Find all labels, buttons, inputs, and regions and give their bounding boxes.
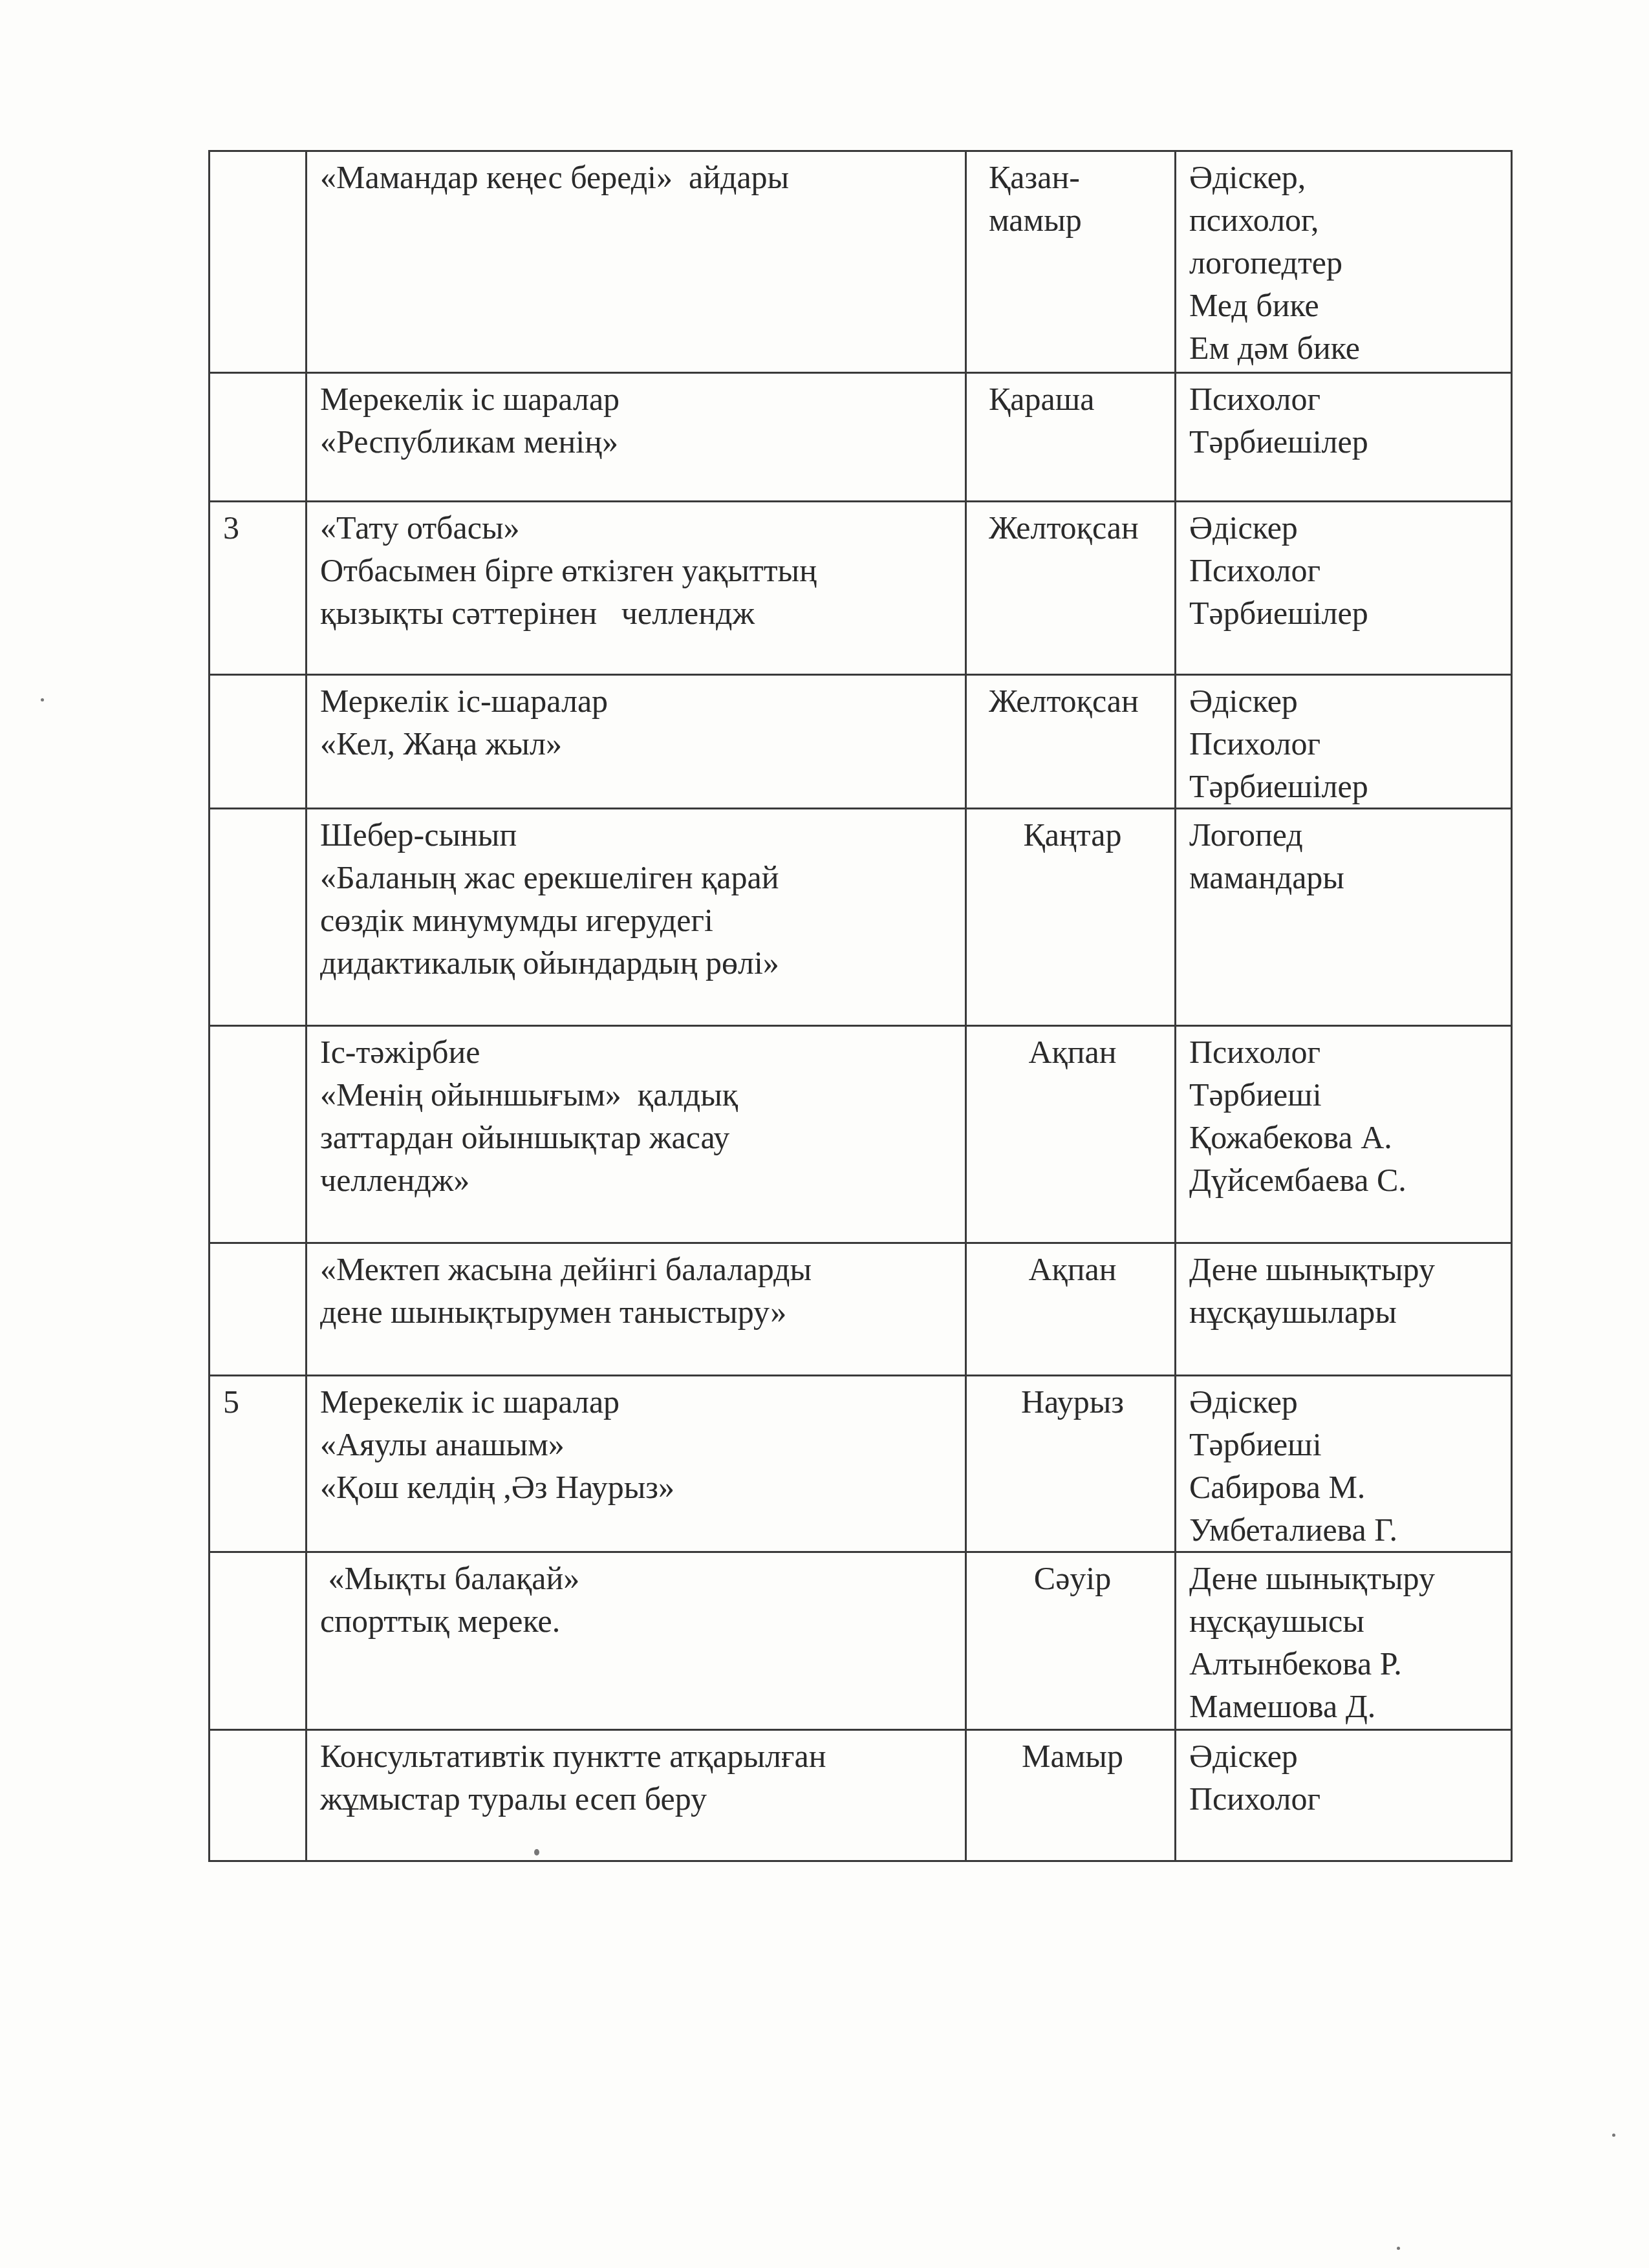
event-cell-line: «Мамандар кеңес береді» айдары (320, 156, 956, 198)
table-row: Консультативтік пунктте атқарылғанжұмыст… (210, 1730, 1512, 1861)
responsible-cell-line: мамандары (1189, 856, 1502, 899)
event-cell: Меркелік іс-шаралар«Кел, Жаңа жыл» (307, 675, 966, 809)
date-cell: Қазан-мамыр (966, 151, 1176, 373)
event-cell-line: «Менің ойыншығым» қалдық (320, 1073, 956, 1116)
event-cell-line: заттардан ойыншықтар жасау (320, 1116, 956, 1159)
date-cell-line: Желтоқсан (989, 679, 1165, 722)
event-plan-table: «Мамандар кеңес береді» айдарыҚазан-мамы… (208, 150, 1513, 1862)
date-cell: Желтоқсан (966, 502, 1176, 675)
event-cell: Шебер-сынып«Баланың жас ерекшеліген қара… (307, 809, 966, 1026)
responsible-cell: ӘдіскерПсихологТәрбиешілер (1176, 675, 1512, 809)
date-cell: Ақпан (966, 1026, 1176, 1243)
date-cell: Қараша (966, 373, 1176, 502)
event-cell-line: Мерекелік іс шаралар (320, 378, 956, 420)
responsible-cell-line: Тәрбиешілер (1189, 420, 1502, 463)
responsible-cell-line: Мамешова Д. (1189, 1685, 1502, 1728)
row-number-cell (210, 1552, 307, 1730)
responsible-cell-line: Сабирова М. (1189, 1466, 1502, 1508)
responsible-cell-line: Алтынбекова Р. (1189, 1642, 1502, 1685)
responsible-cell-line: психолог, (1189, 198, 1502, 241)
table-row: «Мамандар кеңес береді» айдарыҚазан-мамы… (210, 151, 1512, 373)
responsible-cell: Логопедмамандары (1176, 809, 1512, 1026)
event-cell-line: сөздік минумумды игерудегі (320, 899, 956, 941)
responsible-cell-line: Дене шынықтыру (1189, 1248, 1502, 1290)
table-row: Іс-тәжірбие«Менің ойыншығым» қалдықзатта… (210, 1026, 1512, 1243)
row-number-cell (210, 1243, 307, 1376)
event-cell: «Мектеп жасына дейінгі балалардыдене шын… (307, 1243, 966, 1376)
responsible-cell-line: Әдіскер (1189, 1735, 1502, 1777)
event-cell-line: «Тату отбасы» (320, 506, 956, 549)
date-cell-line: Сәуір (980, 1557, 1165, 1599)
event-cell-line: Мерекелік іс шаралар (320, 1380, 956, 1423)
event-cell-line: Шебер-сынып (320, 813, 956, 856)
date-cell-line: Наурыз (980, 1380, 1165, 1423)
date-cell-line: Қаңтар (980, 813, 1165, 856)
event-cell-line: қызықты сәттерінен челлендж (320, 592, 956, 634)
event-cell-line: «Мектеп жасына дейінгі балаларды (320, 1248, 956, 1290)
event-cell-line: жұмыстар туралы есеп беру (320, 1777, 956, 1820)
date-cell-line: Қазан- (989, 156, 1165, 198)
responsible-cell-line: Тәрбиеші (1189, 1073, 1502, 1116)
responsible-cell-line: Логопед (1189, 813, 1502, 856)
responsible-cell-line: Тәрбиешілер (1189, 765, 1502, 808)
responsible-cell-line: логопедтер (1189, 241, 1502, 284)
table-row: 5Мерекелік іс шаралар«Аяулы анашым»«Қош … (210, 1376, 1512, 1552)
responsible-cell-line: нұсқаушысы (1189, 1599, 1502, 1642)
event-cell-line: дидактикалық ойындардың рөлі» (320, 941, 956, 984)
responsible-cell-line: Әдіскер (1189, 506, 1502, 549)
event-cell: Мерекелік іс шаралар«Аяулы анашым»«Қош к… (307, 1376, 966, 1552)
event-cell-line: Консультативтік пунктте атқарылған (320, 1735, 956, 1777)
date-cell-line: Мамыр (980, 1735, 1165, 1777)
event-cell: Мерекелік іс шаралар«Республикам менің» (307, 373, 966, 502)
responsible-cell-line: Тәрбиеші (1189, 1423, 1502, 1466)
scan-speck (1397, 2247, 1400, 2250)
date-cell-line: Желтоқсан (989, 506, 1165, 549)
row-number-cell (210, 373, 307, 502)
row-number-cell (210, 675, 307, 809)
responsible-cell: ПсихологТәрбиешілер (1176, 373, 1512, 502)
event-cell-line: «Баланың жас ерекшеліген қарай (320, 856, 956, 899)
responsible-cell: Дене шынықтырунұсқаушылары (1176, 1243, 1512, 1376)
responsible-cell: ӘдіскерПсихолог (1176, 1730, 1512, 1861)
event-cell-line: спорттық мереке. (320, 1599, 956, 1642)
table-row: Меркелік іс-шаралар«Кел, Жаңа жыл»Желтоқ… (210, 675, 1512, 809)
responsible-cell-line: Тәрбиешілер (1189, 592, 1502, 634)
responsible-cell-line: Дене шынықтыру (1189, 1557, 1502, 1599)
event-cell-line: Отбасымен бірге өткізген уақыттың (320, 549, 956, 592)
responsible-cell-line: Психолог (1189, 378, 1502, 420)
responsible-cell-line: Психолог (1189, 722, 1502, 765)
table-row: «Мықты балақай»спорттық мереке.СәуірДене… (210, 1552, 1512, 1730)
scanned-document-page: «Мамандар кеңес береді» айдарыҚазан-мамы… (0, 0, 1649, 2268)
event-plan-body: «Мамандар кеңес береді» айдарыҚазан-мамы… (210, 151, 1512, 1861)
responsible-cell-line: Ем дәм бике (1189, 326, 1502, 369)
event-cell: «Тату отбасы»Отбасымен бірге өткізген уа… (307, 502, 966, 675)
event-cell-line: Меркелік іс-шаралар (320, 679, 956, 722)
event-cell: Іс-тәжірбие«Менің ойыншығым» қалдықзатта… (307, 1026, 966, 1243)
date-cell: Ақпан (966, 1243, 1176, 1376)
event-cell: «Мықты балақай»спорттық мереке. (307, 1552, 966, 1730)
date-cell-line: Ақпан (980, 1031, 1165, 1073)
date-cell: Сәуір (966, 1552, 1176, 1730)
date-cell: Желтоқсан (966, 675, 1176, 809)
responsible-cell: Дене шынықтырунұсқаушысыАлтынбекова Р.Ма… (1176, 1552, 1512, 1730)
responsible-cell-line: Умбеталиева Г. (1189, 1508, 1502, 1551)
responsible-cell-line: Психолог (1189, 1031, 1502, 1073)
event-cell: Консультативтік пунктте атқарылғанжұмыст… (307, 1730, 966, 1861)
responsible-cell-line: Психолог (1189, 549, 1502, 592)
responsible-cell-line: Психолог (1189, 1777, 1502, 1820)
event-cell-line: «Аяулы анашым» (320, 1423, 956, 1466)
date-cell-line: Ақпан (980, 1248, 1165, 1290)
row-number-cell: 3 (210, 502, 307, 675)
row-number-cell (210, 151, 307, 373)
date-cell-line: мамыр (989, 198, 1165, 241)
event-cell-line: дене шынықтырумен таныстыру» (320, 1290, 956, 1333)
row-number-cell-line: 3 (223, 506, 296, 549)
table-row: 3«Тату отбасы»Отбасымен бірге өткізген у… (210, 502, 1512, 675)
row-number-cell (210, 809, 307, 1026)
date-cell: Қаңтар (966, 809, 1176, 1026)
table-row: Мерекелік іс шаралар«Республикам менің»Қ… (210, 373, 1512, 502)
date-cell: Наурыз (966, 1376, 1176, 1552)
event-cell-line: Іс-тәжірбие (320, 1031, 956, 1073)
scan-speck (41, 698, 44, 701)
row-number-cell (210, 1730, 307, 1861)
row-number-cell-line: 5 (223, 1380, 296, 1423)
date-cell: Мамыр (966, 1730, 1176, 1861)
event-cell-line: челлендж» (320, 1159, 956, 1201)
responsible-cell: ӘдіскерТәрбиешіСабирова М.Умбеталиева Г. (1176, 1376, 1512, 1552)
responsible-cell: Әдіскер,психолог,логопедтерМед бикеЕм дә… (1176, 151, 1512, 373)
responsible-cell-line: Қожабекова А. (1189, 1116, 1502, 1159)
event-cell-line: «Кел, Жаңа жыл» (320, 722, 956, 765)
scan-speck (1612, 2134, 1615, 2137)
responsible-cell: ӘдіскерПсихологТәрбиешілер (1176, 502, 1512, 675)
responsible-cell-line: нұсқаушылары (1189, 1290, 1502, 1333)
responsible-cell: ПсихологТәрбиешіҚожабекова А.Дүйсембаева… (1176, 1026, 1512, 1243)
scan-speck (534, 1849, 539, 1856)
table-row: «Мектеп жасына дейінгі балалардыдене шын… (210, 1243, 1512, 1376)
event-cell-line: «Республикам менің» (320, 420, 956, 463)
row-number-cell: 5 (210, 1376, 307, 1552)
responsible-cell-line: Әдіскер (1189, 1380, 1502, 1423)
event-cell-line: «Қош келдің ,Әз Наурыз» (320, 1466, 956, 1508)
responsible-cell-line: Әдіскер (1189, 679, 1502, 722)
responsible-cell-line: Дүйсембаева С. (1189, 1159, 1502, 1201)
event-cell: «Мамандар кеңес береді» айдары (307, 151, 966, 373)
row-number-cell (210, 1026, 307, 1243)
responsible-cell-line: Мед бике (1189, 284, 1502, 326)
table-row: Шебер-сынып«Баланың жас ерекшеліген қара… (210, 809, 1512, 1026)
date-cell-line: Қараша (989, 378, 1165, 420)
responsible-cell-line: Әдіскер, (1189, 156, 1502, 198)
event-cell-line: «Мықты балақай» (320, 1557, 956, 1599)
